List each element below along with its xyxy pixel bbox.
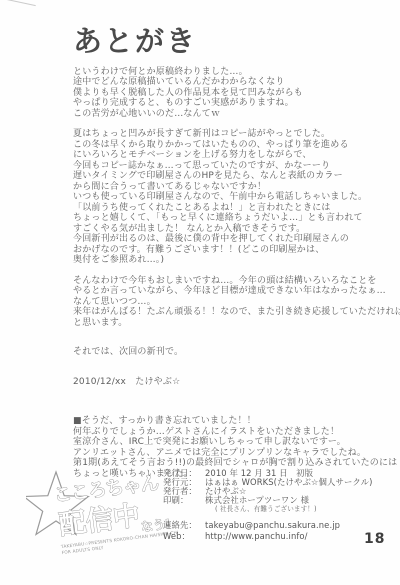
afterword-content: あとがき というわけで何とか原稿終わりました…。途中でどんな原稿描いているんだか… <box>73 26 386 479</box>
text-line: 室涼介さん、IRC上で突発にお願いしちゃって申し訳ないですー。 <box>73 437 386 448</box>
page-title: あとがき <box>73 26 386 58</box>
text-line: 遅いタイミングで印刷屋さんのHPを見たら、なんと表紙のカラー <box>73 171 386 182</box>
afterword-page: あとがき というわけで何とか原稿終わりました…。途中でどんな原稿描いているんだか… <box>0 0 400 585</box>
paragraph-printing: 夏はちょっと凹みが長すぎて新刊はコピー誌がやっとでした。この冬は早くから取りかか… <box>73 129 386 266</box>
colophon-value: 株式会社ホープツーワン 様 <box>205 496 309 505</box>
text-line: ちょっと嬉しくて、「もっと早くに連絡ちょうだいよ…」とも言われて <box>73 213 386 224</box>
colophon-row: 発行元：はぁはぁ WORKS(たけやぶ☆個人サークル) <box>163 478 393 487</box>
text-line: 途中でどんな原稿描いているんだかわからなくなり <box>73 77 386 88</box>
date-signature: 2010/12/xx たけやぶ☆ <box>73 377 386 388</box>
text-line: 夏はちょっと凹みが長すぎて新刊はコピー誌がやっとでした。 <box>73 129 386 140</box>
text-line: やるとか言っていながら、今年ほど目標が達成できない年はなかったなぁ… <box>73 286 386 297</box>
colophon-label: 印刷： <box>163 496 205 505</box>
paragraph-intro: というわけで何とか原稿終わりました…。途中でどんな原稿描いているんだかわからなく… <box>73 67 386 120</box>
text-line: この冬は早くから取りかかってはいたものの、やっぱり筆を進める <box>73 140 386 151</box>
colophon-row: Web：http://www.panchu.info/ <box>163 532 393 541</box>
colophon-label: Web： <box>163 532 205 541</box>
text-line: から間に合うって書いてあるじゃないですか！ <box>73 182 386 193</box>
circle-logo: こころちゃん 配信中 なう! TAKEYABU☆PRESENTS KOKORO-… <box>26 464 178 560</box>
colophon-value: ( 社長さん、有難うございます！) <box>215 505 317 513</box>
closing-line: それでは、次回の新刊で。 <box>73 347 386 358</box>
page-number: 18 <box>364 531 385 547</box>
text-line: おかげなのです。有難うございます！！(どこの印刷屋かは、 <box>73 245 386 256</box>
colophon-value: http://www.panchu.info/ <box>205 532 308 541</box>
paragraph-year-end: そんなわけで今年もおしまいですね…。今年の頭は結構いろいろなことをやるとか言って… <box>73 276 386 329</box>
text-line: すごくやる気が出ました！ なんとか入稿できそうです。 <box>73 224 386 235</box>
text-line: アンリエットさん、アニメでは完全にプリンプリンなキャラでしたね。 <box>73 448 386 459</box>
colophon-row: 連絡先：takeyabu@panchu.sakura.ne.jp <box>163 521 393 530</box>
text-line: いつも使っている印刷屋さんなので、午前中から電話しちゃいました。 <box>73 192 386 203</box>
text-line: 何年ぶりでしょうか…ゲストさんにイラストをいただきました！ <box>73 427 386 438</box>
logo-text-line1: こころちゃん <box>52 473 159 507</box>
text-line: にいろいろとモチベーションを上げる努力をしながらで、 <box>73 150 386 161</box>
text-line: というわけで何とか原稿終わりました…。 <box>73 67 386 78</box>
colophon-value: takeyabu@panchu.sakura.ne.jp <box>205 521 340 530</box>
text-line: この苦労が心地いいのだ…なんてｗ <box>73 109 386 120</box>
text-line: 奥付をご参照あれ…。) <box>73 255 386 266</box>
text-line: 今回新刊が出るのは、最後に僕の背中を押してくれた印刷屋さんの <box>73 234 386 245</box>
text-line: そんなわけで今年もおしまいですね…。今年の頭は結構いろいろなことを <box>73 276 386 287</box>
text-line: 来年はがんばる！たぶん頑張る！！なので、また引き続き応援していただければ <box>73 307 386 318</box>
colophon: 発行日：2010 年 12 月 31 日 初版発行元：はぁはぁ WORKS(たけ… <box>163 469 393 541</box>
colophon-row: ( 社長さん、有難うございます！) <box>163 505 393 513</box>
text-line: 今回もコピー誌かなぁ…って思っていたのですが、かなーーり <box>73 161 386 172</box>
text-line: と思います。 <box>73 318 386 329</box>
text-line: 2010/12/xx たけやぶ☆ <box>73 377 386 388</box>
text-line: やっぱり完成すると、ものすごい実感がありますね。 <box>73 98 386 109</box>
scan-artifact-line <box>6 0 36 6</box>
text-line: 「以前うち使ってくれたことあるよね！」と言われたときには <box>73 203 386 214</box>
text-line: 僕よりも早く脱稿した人の作品見本を見て凹みながらも <box>73 88 386 99</box>
colophon-label <box>163 505 215 513</box>
colophon-row: 印刷：株式会社ホープツーワン 様 <box>163 496 393 505</box>
text-line: それでは、次回の新刊で。 <box>73 347 386 358</box>
text-line: ■そうだ、すっかり書き忘れていました！！ <box>73 416 386 427</box>
colophon-label: 連絡先： <box>163 521 205 530</box>
text-line: なんて思いつつ…。 <box>73 297 386 308</box>
